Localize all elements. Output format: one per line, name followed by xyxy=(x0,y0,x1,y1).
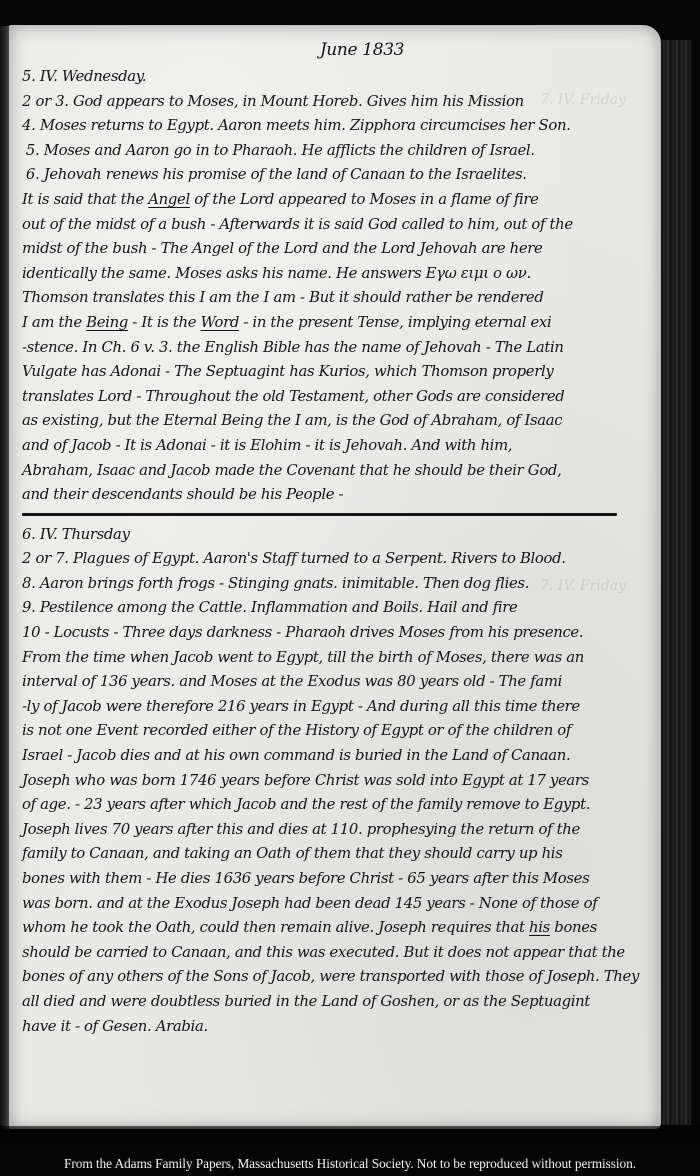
manuscript-line: 6. Jehovah renews his promise of the lan… xyxy=(22,162,647,187)
entry-date-heading: 6. IV. Thursday xyxy=(22,522,647,547)
manuscript-line: 2 or 7. Plagues of Egypt. Aaron's Staff … xyxy=(22,546,647,571)
text-fragment: I am the xyxy=(22,313,86,331)
manuscript-line: as existing, but the Eternal Being the I… xyxy=(22,408,647,433)
page-stack-edges xyxy=(661,40,691,1125)
manuscript-line: Vulgate has Adonai - The Septuagint has … xyxy=(22,359,647,384)
manuscript-line: have it - of Gesen. Arabia. xyxy=(22,1014,647,1039)
text-fragment: - It is the xyxy=(128,313,201,331)
left-binding-edge xyxy=(0,26,9,1130)
manuscript-line: 2 or 3. God appears to Moses, in Mount H… xyxy=(22,89,647,114)
manuscript-line: bones with them - He dies 1636 years bef… xyxy=(22,866,647,891)
manuscript-line: should be carried to Canaan, and this wa… xyxy=(22,940,647,965)
text-fragment: - in the present Tense, implying eternal… xyxy=(239,313,551,331)
manuscript-line-with-underline: I am the Being - It is the Word - in the… xyxy=(22,310,647,335)
entry-date-heading: 5. IV. Wednesday. xyxy=(22,64,647,89)
text-fragment: of the Lord appeared to Moses in a flame… xyxy=(190,190,539,208)
manuscript-line: out of the midst of a bush - Afterwards … xyxy=(22,212,647,237)
manuscript-line-with-underline: It is said that the Angel of the Lord ap… xyxy=(22,187,647,212)
manuscript-line: Israel - Jacob dies and at his own comma… xyxy=(22,743,647,768)
manuscript-line: all died and were doubtless buried in th… xyxy=(22,989,647,1014)
manuscript-line: Abraham, Isaac and Jacob made the Covena… xyxy=(22,458,647,483)
page-bottom-shadow xyxy=(0,1126,700,1140)
underlined-word: Word xyxy=(201,313,239,331)
manuscript-text: June 1833 5. IV. Wednesday. 2 or 3. God … xyxy=(22,38,662,1038)
underlined-word: his xyxy=(529,918,550,936)
manuscript-line: From the time when Jacob went to Egypt, … xyxy=(22,645,647,670)
manuscript-line: of age. - 23 years after which Jacob and… xyxy=(22,792,647,817)
manuscript-line: -ly of Jacob were therefore 216 years in… xyxy=(22,694,647,719)
entry-divider-rule xyxy=(22,513,617,516)
manuscript-line: interval of 136 years. and Moses at the … xyxy=(22,669,647,694)
manuscript-line: 8. Aaron brings forth frogs - Stinging g… xyxy=(22,571,647,596)
manuscript-line: -stence. In Ch. 6 v. 3. the English Bibl… xyxy=(22,335,647,360)
manuscript-line: midst of the bush - The Angel of the Lor… xyxy=(22,236,647,261)
manuscript-line: and their descendants should be his Peop… xyxy=(22,482,647,507)
manuscript-line: was born. and at the Exodus Joseph had b… xyxy=(22,891,647,916)
page-heading: June 1833 xyxy=(22,38,662,64)
manuscript-line: Thomson translates this I am the I am - … xyxy=(22,285,647,310)
text-fragment: whom he took the Oath, could then remain… xyxy=(22,918,529,936)
text-fragment: bones xyxy=(550,918,597,936)
manuscript-line: 4. Moses returns to Egypt. Aaron meets h… xyxy=(22,113,647,138)
manuscript-line: 5. Moses and Aaron go in to Pharaoh. He … xyxy=(22,138,647,163)
manuscript-line: 9. Pestilence among the Cattle. Inflamma… xyxy=(22,595,647,620)
manuscript-line: 10 - Locusts - Three days darkness - Pha… xyxy=(22,620,647,645)
underlined-word: Being xyxy=(86,313,128,331)
manuscript-line: and of Jacob - It is Adonai - it is Eloh… xyxy=(22,433,647,458)
archive-caption: From the Adams Family Papers, Massachuse… xyxy=(0,1156,700,1172)
manuscript-line: is not one Event recorded either of the … xyxy=(22,718,647,743)
manuscript-line: identically the same. Moses asks his nam… xyxy=(22,261,647,286)
underlined-word: Angel xyxy=(148,190,190,208)
manuscript-line-with-underline: whom he took the Oath, could then remain… xyxy=(22,915,647,940)
text-fragment: It is said that the xyxy=(22,190,148,208)
manuscript-line: translates Lord - Throughout the old Tes… xyxy=(22,384,647,409)
manuscript-line: Joseph lives 70 years after this and die… xyxy=(22,817,647,842)
manuscript-line: bones of any others of the Sons of Jacob… xyxy=(22,964,647,989)
manuscript-line: family to Canaan, and taking an Oath of … xyxy=(22,841,647,866)
manuscript-line: Joseph who was born 1746 years before Ch… xyxy=(22,768,647,793)
